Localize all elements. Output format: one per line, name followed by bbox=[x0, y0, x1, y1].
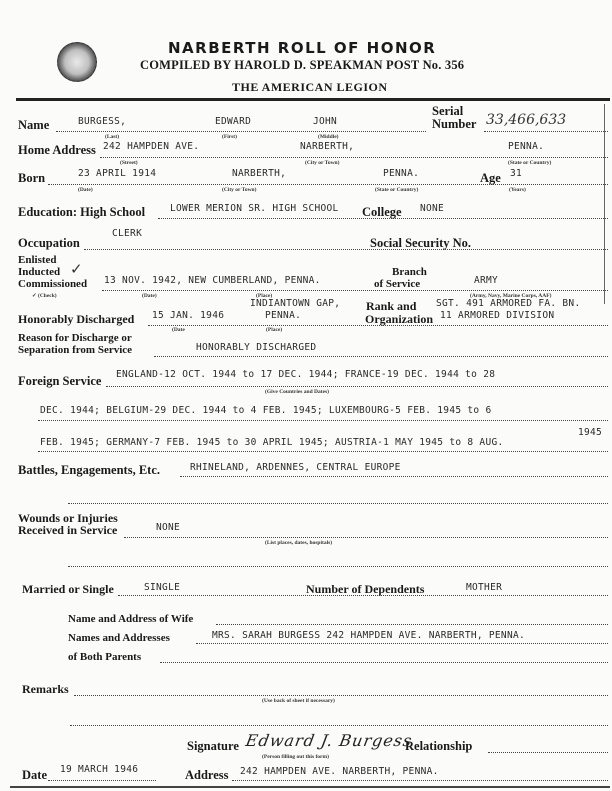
caption-remarks: (Use back of sheet if necessary) bbox=[262, 698, 335, 704]
caption-discharge-place: (Place) bbox=[266, 327, 282, 333]
caption-born-state: (State or Country) bbox=[375, 187, 418, 193]
married-field[interactable]: SINGLE bbox=[144, 582, 180, 593]
address-field[interactable]: 242 HAMPDEN AVE. NARBERTH, PENNA. bbox=[240, 766, 439, 777]
battles-label: Battles, Engagements, Etc. bbox=[18, 463, 160, 478]
branch-label: Branch bbox=[392, 266, 427, 278]
reason-label-line1: Reason for Discharge or bbox=[18, 332, 132, 344]
name-line bbox=[56, 131, 426, 132]
battles-field[interactable]: RHINELAND, ARDENNES, CENTRAL EUROPE bbox=[190, 462, 401, 473]
caption-city: (City or Town) bbox=[305, 160, 339, 166]
inducted-label: Inducted bbox=[18, 266, 60, 278]
wife-line bbox=[216, 624, 608, 625]
caption-born-city: (City or Town) bbox=[222, 187, 256, 193]
college-field[interactable]: NONE bbox=[420, 203, 444, 214]
foreign-service-line3 bbox=[38, 451, 608, 452]
discharge-place-line1[interactable]: INDIANTOWN GAP, bbox=[250, 298, 340, 309]
form-title: NARBERTH ROLL OF HONOR bbox=[168, 39, 436, 57]
form-subtitle: COMPILED BY HAROLD D. SPEAKMAN POST No. … bbox=[140, 58, 464, 73]
remarks-line1 bbox=[74, 695, 608, 696]
discharge-place-line2[interactable]: PENNA. bbox=[265, 310, 301, 321]
relationship-label: Relationship bbox=[405, 739, 472, 754]
dependents-label: Number of Dependents bbox=[306, 583, 424, 595]
date-line bbox=[48, 780, 156, 781]
caption-entry-date: (Date) bbox=[142, 293, 157, 299]
signature-field[interactable]: Edward J. Burgess bbox=[244, 731, 414, 750]
service-entry-line bbox=[102, 290, 608, 291]
rank-field[interactable]: SGT. 491 ARMORED FA. BN. bbox=[436, 298, 580, 309]
home-street-field[interactable]: 242 HAMPDEN AVE. bbox=[103, 141, 199, 152]
caption-last: (Last) bbox=[105, 134, 119, 140]
home-city-field[interactable]: NARBERTH, bbox=[300, 141, 354, 152]
high-school-field[interactable]: LOWER MERION SR. HIGH SCHOOL bbox=[170, 203, 339, 214]
occupation-field[interactable]: CLERK bbox=[112, 228, 142, 239]
caption-first: (First) bbox=[222, 134, 237, 140]
born-date-field[interactable]: 23 APRIL 1914 bbox=[78, 168, 156, 179]
name-first-field[interactable]: EDWARD bbox=[215, 116, 251, 127]
foreign-service-line1 bbox=[106, 386, 608, 387]
serial-line bbox=[484, 131, 608, 132]
parents-label-line1: Names and Addresses bbox=[68, 632, 170, 644]
caption-foreign-service: (Give Countries and Dates) bbox=[265, 389, 329, 395]
remarks-line2 bbox=[70, 725, 608, 726]
discharge-date-field[interactable]: 15 JAN. 1946 bbox=[152, 310, 224, 321]
born-line bbox=[48, 184, 608, 185]
rank-and-label: Rank and bbox=[366, 300, 416, 312]
address-line bbox=[232, 780, 608, 781]
reason-label-line2: Separation from Service bbox=[18, 344, 132, 356]
date-label: Date bbox=[22, 768, 47, 783]
age-field[interactable]: 31 bbox=[510, 168, 522, 179]
foreign-service-field-line3[interactable]: FEB. 1945; GERMANY-7 FEB. 1945 to 30 APR… bbox=[40, 437, 504, 448]
serial-number-field[interactable]: 33,466,633 bbox=[486, 112, 566, 128]
caption-check: ✓ (Check) bbox=[32, 293, 57, 299]
dependents-field[interactable]: MOTHER bbox=[466, 582, 502, 593]
caption-middle: (Middle) bbox=[318, 134, 338, 140]
age-label: Age bbox=[480, 171, 501, 186]
wife-label: Name and Address of Wife bbox=[68, 613, 193, 625]
born-city-field[interactable]: NARBERTH, bbox=[232, 168, 286, 179]
relationship-line bbox=[488, 752, 608, 753]
american-legion-emblem-icon bbox=[57, 42, 97, 82]
caption-state: (State or Country) bbox=[508, 160, 551, 166]
occupation-label: Occupation bbox=[18, 236, 80, 251]
footer-divider bbox=[10, 786, 610, 788]
home-state-field[interactable]: PENNA. bbox=[508, 141, 544, 152]
foreign-service-label: Foreign Service bbox=[18, 374, 101, 389]
wounds-line1 bbox=[124, 537, 608, 538]
form-organization: THE AMERICAN LEGION bbox=[232, 80, 388, 95]
inducted-checkmark-icon[interactable]: ✓ bbox=[70, 260, 83, 278]
wounds-line2 bbox=[68, 566, 608, 567]
parents-line bbox=[196, 643, 608, 644]
caption-signature: (Person filling out this form) bbox=[262, 754, 329, 760]
caption-wounds: (List places, dates, hospitals) bbox=[265, 540, 332, 546]
reason-field[interactable]: HONORABLY DISCHARGED bbox=[196, 342, 316, 353]
signature-label: Signature bbox=[187, 739, 239, 754]
serial-number-label: Number bbox=[432, 117, 476, 132]
caption-discharge-date: (Date bbox=[172, 327, 185, 333]
born-label: Born bbox=[18, 171, 45, 186]
foreign-service-field-line1[interactable]: ENGLAND-12 OCT. 1944 to 17 DEC. 1944; FR… bbox=[116, 369, 495, 380]
branch-of-service-label: of Service bbox=[374, 278, 420, 290]
married-label: Married or Single bbox=[22, 583, 114, 595]
parents-field[interactable]: MRS. SARAH BURGESS 242 HAMPDEN AVE. NARB… bbox=[212, 630, 525, 641]
page-edge-line bbox=[604, 104, 605, 304]
born-state-field[interactable]: PENNA. bbox=[383, 168, 419, 179]
foreign-service-overflow-year: 1945 bbox=[578, 427, 602, 438]
wounds-label-line2: Received in Service bbox=[18, 524, 117, 536]
foreign-service-field-line2[interactable]: DEC. 1944; BELGIUM-29 DEC. 1944 to 4 FEB… bbox=[40, 405, 491, 416]
home-address-label: Home Address bbox=[18, 143, 96, 158]
wounds-field[interactable]: NONE bbox=[156, 522, 180, 533]
foreign-service-line2 bbox=[38, 420, 608, 421]
parents-label-line2: of Both Parents bbox=[68, 651, 141, 663]
parents-line2 bbox=[160, 662, 608, 663]
header-divider bbox=[16, 98, 610, 101]
name-label: Name bbox=[18, 118, 49, 133]
remarks-label: Remarks bbox=[22, 683, 69, 695]
address-label: Address bbox=[185, 768, 229, 783]
college-label: College bbox=[362, 205, 402, 220]
date-field[interactable]: 19 MARCH 1946 bbox=[60, 764, 138, 775]
occupation-line bbox=[84, 249, 608, 250]
ssn-label: Social Security No. bbox=[370, 236, 471, 251]
reason-line bbox=[154, 356, 608, 357]
service-entry-field[interactable]: 13 NOV. 1942, NEW CUMBERLAND, PENNA. bbox=[104, 275, 321, 286]
caption-age: (Years) bbox=[509, 187, 526, 193]
commissioned-label: Commissioned bbox=[18, 278, 87, 290]
home-address-line bbox=[100, 157, 608, 158]
name-last-field[interactable]: BURGESS, bbox=[78, 116, 126, 127]
caption-street: (Street) bbox=[120, 160, 138, 166]
discharged-label: Honorably Discharged bbox=[18, 313, 134, 325]
name-middle-field[interactable]: JOHN bbox=[313, 116, 337, 127]
organization-label: Organization bbox=[365, 313, 433, 325]
branch-field[interactable]: ARMY bbox=[474, 275, 498, 286]
battles-line1 bbox=[180, 476, 608, 477]
caption-born-date: (Date) bbox=[78, 187, 93, 193]
battles-line2 bbox=[68, 503, 608, 504]
organization-field[interactable]: 11 ARMORED DIVISION bbox=[440, 310, 554, 321]
education-label: Education: High School bbox=[18, 205, 145, 220]
enlisted-label: Enlisted bbox=[18, 254, 57, 266]
